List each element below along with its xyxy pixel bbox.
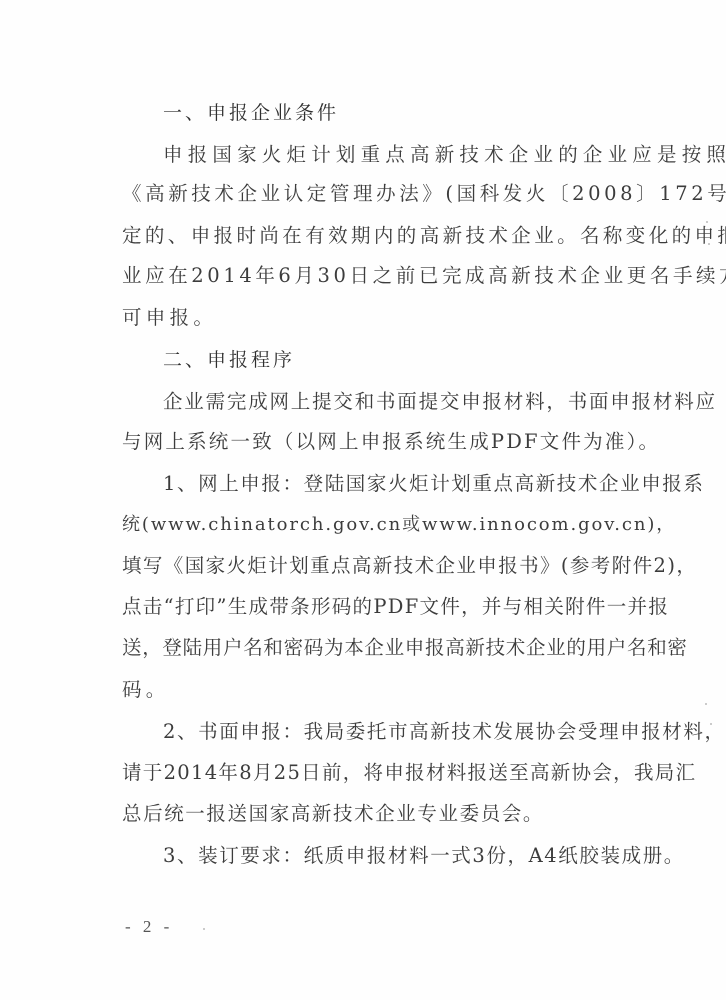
scan-speck [705, 703, 707, 705]
page-number: - 2 - [125, 917, 173, 937]
paragraph-line: 请于2014年8月25日前，将申报材料报送至高新协会，我局汇 [122, 758, 702, 788]
paragraph-line: 总后统一报送国家高新技术企业专业委员会。 [122, 799, 702, 829]
paragraph-line: 企业需完成网上提交和书面提交申报材料，书面申报材料应 [163, 387, 703, 417]
paragraph-line: 码。 [122, 675, 702, 705]
paragraph-line: 与网上系统一致（以网上申报系统生成PDF文件为准）。 [122, 427, 702, 457]
section-heading-procedure: 二、申报程序 [163, 345, 295, 375]
paragraph-line: 统(www.chinatorch.gov.cn或www.innocom.gov.… [122, 510, 702, 540]
document-page: 一、申报企业条件 申报国家火炬计划重点高新技术企业的企业应是按照 《高新技术企业… [0, 0, 726, 1000]
scan-speck [203, 928, 205, 930]
paragraph-line: 业应在2014年6月30日之前已完成高新技术企业更名手续方 [122, 261, 702, 291]
paragraph-line: 申报国家火炬计划重点高新技术企业的企业应是按照 [163, 140, 703, 170]
paragraph-line: 点击“打印”生成带条形码的PDF文件，并与相关附件一并报 [122, 592, 702, 622]
scan-speck [706, 221, 708, 223]
section-heading-conditions: 一、申报企业条件 [163, 98, 339, 128]
paragraph-line: 填写《国家火炬计划重点高新技术企业申报书》(参考附件2)， [122, 551, 702, 581]
paragraph-line: 1、网上申报：登陆国家火炬计划重点高新技术企业申报系 [163, 469, 703, 499]
scan-speck [710, 723, 712, 725]
scan-speck [708, 243, 710, 245]
paragraph-line: 《高新技术企业认定管理办法》(国科发火〔2008〕172号）认 [122, 179, 702, 209]
paragraph-line: 送，登陆用户名和密码为本企业申报高新技术企业的用户名和密 [122, 633, 702, 663]
paragraph-line: 3、装订要求：纸质申报材料一式3份，A4纸胶装成册。 [163, 841, 703, 871]
paragraph-line: 定的、申报时尚在有效期内的高新技术企业。名称变化的申报企 [122, 221, 702, 251]
paragraph-line: 可申报。 [122, 303, 702, 333]
paragraph-line: 2、书面申报：我局委托市高新技术发展协会受理申报材料， [163, 717, 703, 747]
